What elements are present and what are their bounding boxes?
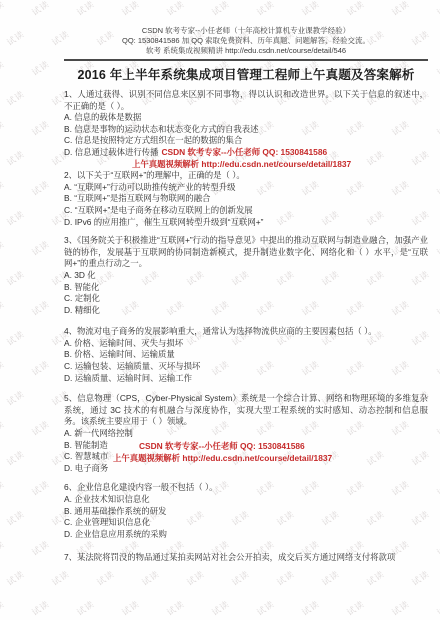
trial-watermark: 试读: [0, 0, 7, 18]
question-option: B. 价格、运输时间、运输质量: [64, 349, 428, 361]
trial-watermark: 试读: [299, 0, 321, 18]
question-option: A. 价格、运输时间、灭失与损坏: [64, 338, 428, 350]
trial-watermark: 试读: [29, 478, 51, 499]
trial-watermark: 试读: [0, 118, 7, 139]
question-option: D. 精细化: [64, 305, 428, 317]
trial-watermark: 试读: [209, 0, 231, 18]
question-7: 7、某法院将罚没的物品通过某拍卖网站对社会公开拍卖，成交后买方通过网络支付将款项: [64, 552, 428, 564]
header-divider: [64, 59, 428, 61]
trial-watermark: 试读: [4, 328, 26, 349]
question-option-text: D. 信息通过载体进行传播: [64, 147, 158, 157]
question-option: A. 3D 化: [64, 270, 428, 282]
ad-overlay-block: CSDN 软考专家--小任老师 QQ: 1530841586 上午真题视频解析 …: [113, 440, 332, 464]
question-option: D. 企业信息应用系统的采购: [64, 529, 428, 541]
trial-watermark: 试读: [434, 538, 440, 559]
trial-watermark: 试读: [164, 0, 186, 18]
trial-watermark: 试读: [344, 0, 366, 18]
question-4: 4、物流对电子商务的发展影响重大，通常认为选择物流供应商的主要因素包括（ ）。 …: [64, 326, 428, 384]
trial-watermark: 试读: [0, 598, 7, 619]
ad-expert-text: CSDN 软考专家--小任老师 QQ: 1530841586: [158, 147, 327, 157]
trial-watermark: 试读: [139, 568, 161, 589]
question-option: D. 电子商务: [64, 463, 428, 475]
question-option: D. 信息通过载体进行传播CSDN 软考专家--小任老师 QQ: 1530841…: [64, 147, 428, 159]
question-option: C. 定制化: [64, 293, 428, 305]
header-course-url-line: 软考 系统集成视频精讲 http://edu.csdn.net/course/d…: [64, 46, 428, 56]
question-option: D. IPv6 的应用推广，催生互联网转型升级到“互联网+”: [64, 217, 428, 229]
trial-watermark: 试读: [49, 568, 71, 589]
ad-video-url-text: 上午真题视频解析 http://edu.csdn.net/course/deta…: [132, 159, 428, 171]
question-option: A. 新一代网络控制: [64, 428, 428, 440]
page-title: 2016 年上半年系统集成项目管理工程师上午真题及答案解析: [64, 65, 428, 83]
trial-watermark: 试读: [4, 388, 26, 409]
trial-watermark: 试读: [29, 598, 51, 619]
header-qq-line: QQ: 1530841586 加 QQ 索取免费资料、历年真题、问题解答、经验交…: [64, 36, 428, 46]
question-option: B. 智能化: [64, 282, 428, 294]
question-option: A. 信息的载体是数据: [64, 112, 428, 124]
trial-watermark: 试读: [299, 598, 321, 619]
question-option: B. 信息是事物的运动状态和状态变化方式的自我表述: [64, 124, 428, 136]
trial-watermark: 试读: [319, 568, 341, 589]
trial-watermark: 试读: [434, 478, 440, 499]
trial-watermark: 试读: [0, 178, 7, 199]
question-2: 2、以下关于“互联网+”的理解中，正确的是（ ）。 A. “互联网+”行动可以助…: [64, 170, 428, 228]
question-option: C. “互联网+”是电子商务在移动互联网上的创新发展: [64, 205, 428, 217]
trial-watermark: 试读: [94, 568, 116, 589]
question-stem: 4、物流对电子商务的发展影响重大，通常认为选择物流供应商的主要因素包括（ ）。: [64, 326, 428, 338]
trial-watermark: 试读: [434, 238, 440, 259]
trial-watermark: 试读: [29, 238, 51, 259]
question-option: C. 运输包装、运输质量、灭坏与损坏: [64, 361, 428, 373]
question-stem: 3、《国务院关于积极推进“互联网+”行动的指导意见》中提出的推动互联网与制造业融…: [64, 235, 428, 270]
question-6: 6、企业信息化建设内容一般不包括（ ）。 A. 企业技术知识信息化 B. 通用基…: [64, 482, 428, 540]
trial-watermark: 试读: [0, 478, 7, 499]
trial-watermark: 试读: [434, 178, 440, 199]
question-option: D. 运输质量、运输时间、运输工作: [64, 373, 428, 385]
trial-watermark: 试读: [4, 508, 26, 529]
trial-watermark: 试读: [119, 598, 141, 619]
trial-watermark: 试读: [434, 298, 440, 319]
trial-watermark: 试读: [364, 568, 386, 589]
trial-watermark: 试读: [229, 568, 251, 589]
trial-watermark: 试读: [209, 598, 231, 619]
header-expert-line: CSDN 软考专家--小任老师（十年高校计算机专业课教学经验）: [64, 26, 428, 36]
trial-watermark: 试读: [29, 58, 51, 79]
trial-watermark: 试读: [4, 148, 26, 169]
trial-watermark: 试读: [4, 88, 26, 109]
question-stem: 1、人通过获得、识别不同信息来区别不同事物，得以认识和改造世界。以下关于信息的叙…: [64, 89, 428, 112]
trial-watermark: 试读: [0, 298, 7, 319]
trial-watermark: 试读: [0, 358, 7, 379]
trial-watermark: 试读: [434, 58, 440, 79]
question-stem: 7、某法院将罚没的物品通过某拍卖网站对社会公开拍卖，成交后买方通过网络支付将款项: [64, 552, 428, 564]
question-option: C. 信息是按照特定方式组织在一起的数据的集合: [64, 135, 428, 147]
trial-watermark: 试读: [29, 178, 51, 199]
trial-watermark: 试读: [254, 598, 276, 619]
trial-watermark: 试读: [74, 0, 96, 18]
trial-watermark: 试读: [389, 0, 411, 18]
trial-watermark: 试读: [274, 568, 296, 589]
trial-watermark: 试读: [184, 568, 206, 589]
trial-watermark: 试读: [434, 118, 440, 139]
trial-watermark: 试读: [4, 208, 26, 229]
trial-watermark: 试读: [0, 58, 7, 79]
question-option: A. 企业技术知识信息化: [64, 494, 428, 506]
trial-watermark: 试读: [4, 28, 26, 49]
trial-watermark: 试读: [434, 418, 440, 439]
trial-watermark: 试读: [344, 598, 366, 619]
question-option: B. 通用基础操作系统的研发: [64, 506, 428, 518]
trial-watermark: 试读: [389, 598, 411, 619]
question-option: C. 企业管理知识信息化: [64, 517, 428, 529]
trial-watermark: 试读: [119, 0, 141, 18]
trial-watermark: 试读: [29, 0, 51, 18]
trial-watermark: 试读: [29, 538, 51, 559]
question-stem: 2、以下关于“互联网+”的理解中，正确的是（ ）。: [64, 170, 428, 182]
trial-watermark: 试读: [0, 418, 7, 439]
trial-watermark: 试读: [4, 448, 26, 469]
trial-watermark: 试读: [0, 538, 7, 559]
trial-watermark: 试读: [29, 298, 51, 319]
ad-video-url-text: 上午真题视频解析 http://edu.csdn.net/course/deta…: [113, 452, 332, 464]
trial-watermark: 试读: [4, 568, 26, 589]
trial-watermark: 试读: [409, 568, 431, 589]
trial-watermark: 试读: [29, 118, 51, 139]
trial-watermark: 试读: [74, 598, 96, 619]
trial-watermark: 试读: [434, 598, 440, 619]
ad-expert-text: CSDN 软考专家--小任老师 QQ: 1530841586: [139, 440, 332, 452]
question-stem: 6、企业信息化建设内容一般不包括（ ）。: [64, 482, 428, 494]
trial-watermark: 试读: [29, 358, 51, 379]
trial-watermark: 试读: [434, 358, 440, 379]
question-stem: 5、信息物理（CPS，Cyber-Physical System）系统是一个综合…: [64, 393, 428, 428]
trial-watermark: 试读: [434, 0, 440, 18]
document-page: 试读试读试读试读试读试读试读试读试读试读试读试读试读试读试读试读试读试读试读试读…: [0, 0, 440, 620]
document-content: CSDN 软考专家--小任老师（十年高校计算机专业课教学经验） QQ: 1530…: [64, 26, 428, 564]
trial-watermark: 试读: [29, 418, 51, 439]
trial-watermark: 试读: [164, 598, 186, 619]
document-header: CSDN 软考专家--小任老师（十年高校计算机专业课教学经验） QQ: 1530…: [64, 26, 428, 56]
question-option: A. “互联网+”行动可以助推传统产业的转型升级: [64, 182, 428, 194]
question-option: B. “互联网+”是指互联网与物联网的融合: [64, 193, 428, 205]
trial-watermark: 试读: [0, 238, 7, 259]
question-3: 3、《国务院关于积极推进“互联网+”行动的指导意见》中提出的推动互联网与制造业融…: [64, 235, 428, 316]
trial-watermark: 试读: [254, 0, 276, 18]
question-1: 1、人通过获得、识别不同信息来区别不同事物，得以认识和改造世界。以下关于信息的叙…: [64, 89, 428, 170]
trial-watermark: 试读: [4, 268, 26, 289]
